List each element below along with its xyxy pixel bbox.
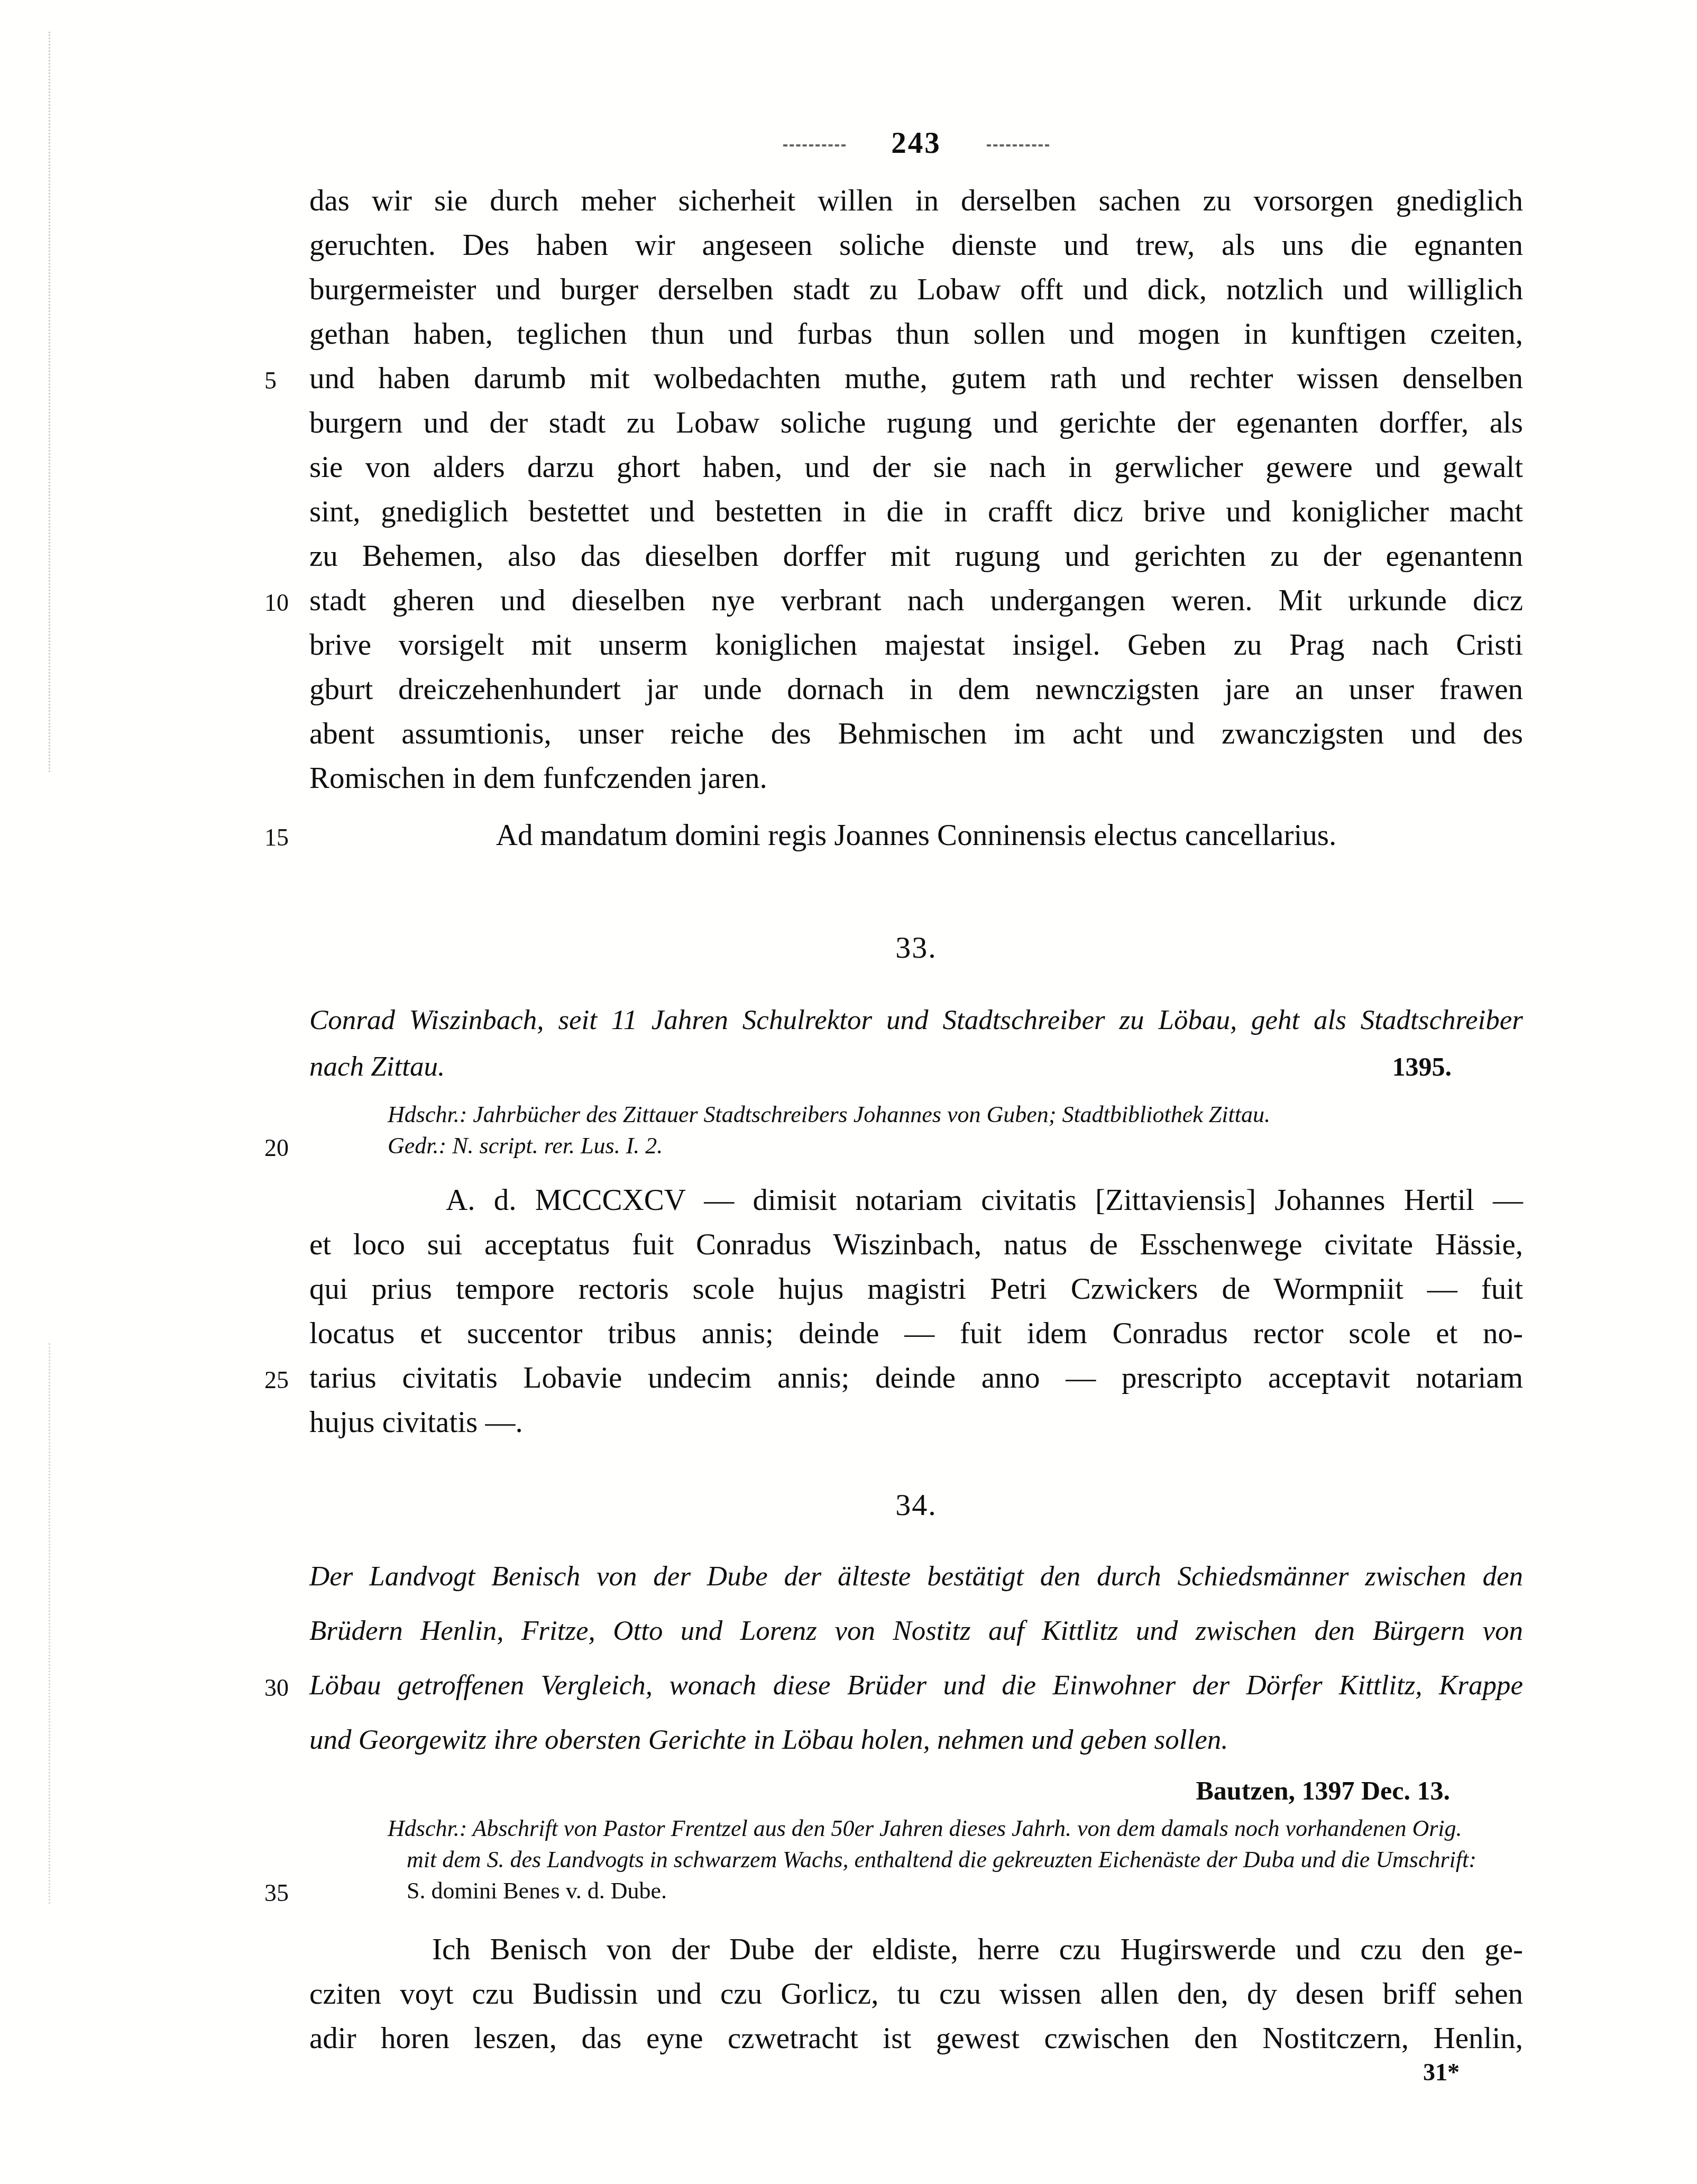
text-line: sie von alders darzu ghort haben, und de… [309,445,1523,490]
text-line-content: burgern und der stadt zu Lobaw soliche r… [309,406,1523,439]
text-line-content: et loco sui acceptatus fuit Conradus Wis… [309,1228,1523,1261]
charter-continuation-paragraph: das wir sie durch meher sicherheit wille… [309,179,1523,801]
text-line: das wir sie durch meher sicherheit wille… [309,179,1523,223]
text-line: Hdschr.: Jahrbücher des Zittauer Stadtsc… [309,1099,1523,1130]
text-line: stadt gheren und dieselben nye verbrant … [309,579,1523,623]
text-line-content: cziten voyt czu Budissin und czu Gorlicz… [309,1977,1523,2011]
margin-line-number: 20 [264,1132,289,1163]
text-line-content: Hdschr.: Abschrift von Pastor Frentzel a… [388,1815,1462,1841]
text-line-content: hujus civitatis —. [309,1406,523,1439]
page-number: 243 [891,126,941,160]
text-line: mit dem S. des Landvogts in schwarzem Wa… [309,1844,1523,1875]
text-line-content: Romischen in dem funfczenden jaren. [309,761,767,795]
text-line: Der Landvogt Benisch von der Dube der äl… [309,1549,1523,1604]
text-line: et loco sui acceptatus fuit Conradus Wis… [309,1223,1523,1267]
text-line-content: sint, gnediglich bestettet und bestetten… [309,495,1523,528]
text-line-content: Gedr.: N. script. rer. Lus. I. 2. [388,1133,663,1159]
text-line: und haben darumb mit wolbedachten muthe,… [309,356,1523,401]
text-line-content: Ich Benisch von der Dube der eldiste, he… [432,1933,1523,1966]
entry-34-heading: 34. [309,1487,1523,1522]
text-line: Brüdern Henlin, Fritze, Otto und Lorenz … [309,1604,1523,1658]
text-line: und Georgewitz ihre obersten Gerichte in… [309,1713,1523,1767]
text-line-content: Conrad Wiszinbach, seit 11 Jahren Schulr… [309,1005,1523,1035]
text-line: adir horen leszen, das eyne czwetracht i… [309,2016,1523,2061]
text-line-content: das wir sie durch meher sicherheit wille… [309,184,1523,217]
entry-33-body: A. d. MCCCXCV — dimisit notariam civitat… [309,1178,1523,1445]
text-line-content: gburt dreiczehenhundert jar unde dornach… [309,673,1523,706]
margin-line-number: 30 [264,1660,289,1715]
text-line: qui prius tempore rectoris scole hujus m… [309,1267,1523,1311]
text-line-content: zu Behemen, also das dieselben dorffer m… [309,539,1523,573]
text-line: Romischen in dem funfczenden jaren. [309,756,1523,801]
text-line: geruchten. Des haben wir angeseen solich… [309,223,1523,268]
scanned-book-page: 243 das wir sie durch meher sicherheit w… [0,0,1697,2184]
dash-rule-left [783,144,846,146]
text-line: sint, gnediglich bestettet und bestetten… [309,490,1523,534]
text-line: nach Zittau.1395. [309,1043,1523,1090]
entry-34-summary: Der Landvogt Benisch von der Dube der äl… [309,1549,1523,1814]
entry-33-summary: Conrad Wiszinbach, seit 11 Jahren Schulr… [309,997,1523,1090]
text-line-content: qui prius tempore rectoris scole hujus m… [309,1272,1523,1306]
text-line-content: abent assumtionis, unser reiche des Behm… [309,717,1523,750]
text-line-content: locatus et succentor tribus annis; deind… [309,1317,1523,1350]
text-line-content: sie von alders darzu ghort haben, und de… [309,451,1523,484]
text-line: zu Behemen, also das dieselben dorffer m… [309,534,1523,579]
text-line: Löbau getroffenen Vergleich, wonach dies… [309,1658,1523,1713]
text-line: burgern und der stadt zu Lobaw soliche r… [309,401,1523,445]
text-line: gburt dreiczehenhundert jar unde dornach… [309,667,1523,712]
text-line: abent assumtionis, unser reiche des Behm… [309,712,1523,756]
text-line-content: und haben darumb mit wolbedachten muthe,… [309,362,1523,395]
text-line-content: Der Landvogt Benisch von der Dube der äl… [309,1561,1523,1592]
text-line-content: stadt gheren und dieselben nye verbrant … [309,584,1523,617]
text-line-content: mit dem S. des Landvogts in schwarzem Wa… [407,1847,1476,1873]
text-line-content: S. domini Benes v. d. Dube. [407,1878,667,1904]
text-line-content: nach Zittau. [309,1043,445,1090]
entry-33-heading: 33. [309,930,1523,965]
text-line-content: und Georgewitz ihre obersten Gerichte in… [309,1724,1228,1755]
text-line: Ich Benisch von der Dube der eldiste, he… [309,1928,1523,1972]
text-line-content: brive vorsigelt mit unserm koniglichen m… [309,628,1523,662]
text-line: Conrad Wiszinbach, seit 11 Jahren Schulr… [309,997,1523,1043]
text-line-content: gethan haben, teglichen thun und furbas … [309,317,1523,351]
margin-line-number: 15 [264,815,289,860]
text-line: Gedr.: N. script. rer. Lus. I. 2.20 [309,1130,1523,1161]
text-line-content: tarius civitatis Lobavie undecim annis; … [309,1361,1523,1394]
text-line-content: A. d. MCCCXCV — dimisit notariam civitat… [446,1183,1523,1217]
text-line: burgermeister und burger derselben stadt… [309,268,1523,312]
text-line-content: geruchten. Des haben wir angeseen solich… [309,228,1523,262]
text-line: cziten voyt czu Budissin und czu Gorlicz… [309,1972,1523,2016]
binding-edge-artifact [49,1343,50,1904]
text-line-content: Ad mandatum domini regis Joannes Connine… [496,819,1336,852]
text-line-content: adir horen leszen, das eyne czwetracht i… [309,2022,1523,2055]
text-line: hujus civitatis —. [309,1400,1523,1445]
entry-34-sources: Hdschr.: Abschrift von Pastor Frentzel a… [309,1813,1523,1906]
text-line: locatus et succentor tribus annis; deind… [309,1311,1523,1356]
text-line: Bautzen, 1397 Dec. 13. [309,1767,1523,1814]
entry-33-sources: Hdschr.: Jahrbücher des Zittauer Stadtsc… [309,1099,1523,1161]
mandatum-line: Ad mandatum domini regis Joannes Connine… [309,813,1523,858]
sheet-signature: 31* [309,2058,1523,2086]
text-line-content: Brüdern Henlin, Fritze, Otto und Lorenz … [309,1616,1523,1646]
text-line-content: burgermeister und burger derselben stadt… [309,273,1523,306]
margin-line-number: 35 [264,1877,289,1908]
text-line: brive vorsigelt mit unserm koniglichen m… [309,623,1523,667]
text-line-content: Löbau getroffenen Vergleich, wonach dies… [309,1670,1523,1701]
entry-year-label: 1395. [1392,1043,1452,1090]
entry-34-body: Ich Benisch von der Dube der eldiste, he… [309,1928,1523,2061]
text-line: Ad mandatum domini regis Joannes Connine… [309,813,1523,858]
text-line-content: Bautzen, 1397 Dec. 13. [1196,1776,1451,1805]
text-line: Hdschr.: Abschrift von Pastor Frentzel a… [309,1813,1523,1844]
text-line: S. domini Benes v. d. Dube.35 [309,1875,1523,1906]
text-line: A. d. MCCCXCV — dimisit notariam civitat… [309,1178,1523,1223]
dash-rule-right [987,144,1049,146]
text-line: tarius civitatis Lobavie undecim annis; … [309,1356,1523,1400]
margin-line-number: 10 [264,581,289,625]
text-line: gethan haben, teglichen thun und furbas … [309,312,1523,356]
page-header: 243 [309,126,1523,160]
binding-edge-artifact [49,32,50,772]
margin-line-number: 25 [264,1358,289,1402]
text-line-content: Hdschr.: Jahrbücher des Zittauer Stadtsc… [388,1102,1270,1127]
margin-line-number: 5 [264,359,277,403]
